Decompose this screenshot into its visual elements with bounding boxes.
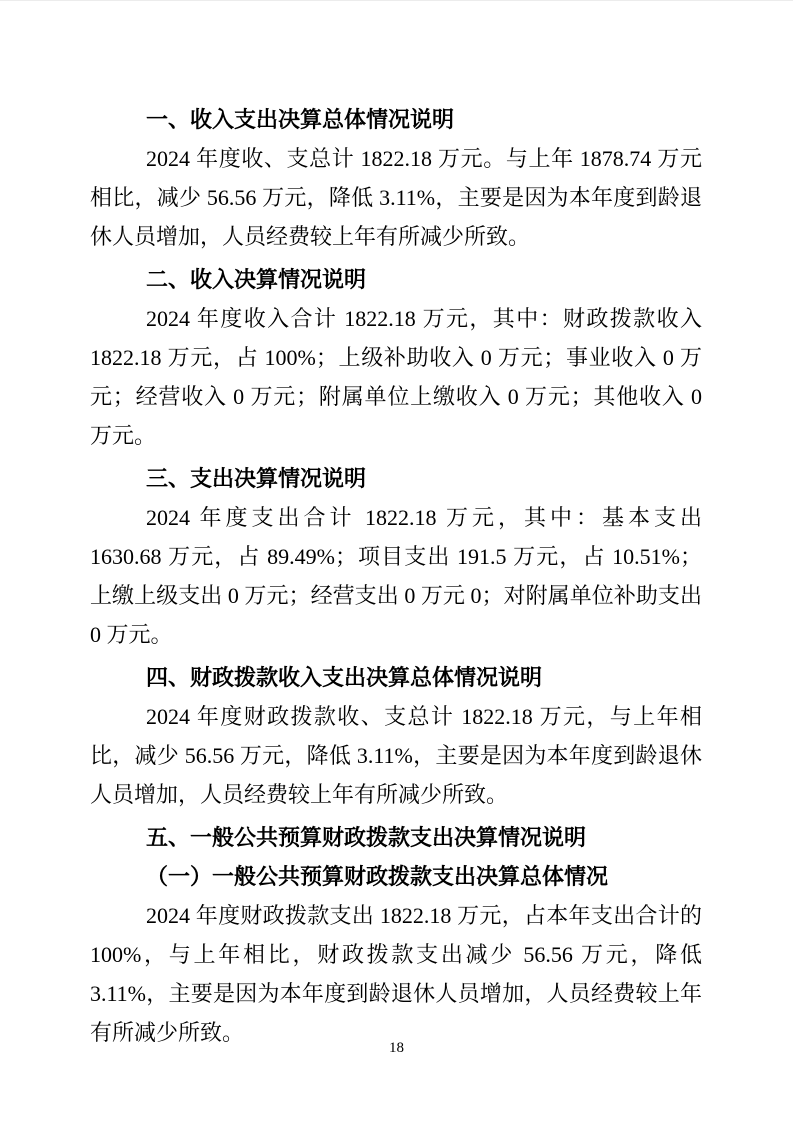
section-general-public-budget-expenditure: 五、一般公共预算财政拨款支出决算情况说明 （一）一般公共预算财政拨款支出决算总体… — [90, 818, 702, 1052]
section-5-subheading: （一）一般公共预算财政拨款支出决算总体情况 — [90, 857, 702, 896]
section-income-expenditure-overview: 一、收入支出决算总体情况说明 2024 年度收、支总计 1822.18 万元。与… — [90, 100, 702, 256]
section-expenditure-statement: 三、支出决算情况说明 2024 年度支出合计 1822.18 万元，其中：基本支… — [90, 459, 702, 654]
section-1-paragraph: 2024 年度收、支总计 1822.18 万元。与上年 1878.74 万元相比… — [90, 139, 702, 256]
section-2-heading: 二、收入决算情况说明 — [90, 260, 702, 299]
section-5-paragraph: 2024 年度财政拨款支出 1822.18 万元，占本年支出合计的 100%，与… — [90, 896, 702, 1052]
document-page: 一、收入支出决算总体情况说明 2024 年度收、支总计 1822.18 万元。与… — [0, 0, 793, 1122]
section-2-paragraph: 2024 年度收入合计 1822.18 万元，其中：财政拨款收入 1822.18… — [90, 299, 702, 455]
section-5-heading: 五、一般公共预算财政拨款支出决算情况说明 — [90, 818, 702, 857]
section-fiscal-appropriation-overview: 四、财政拨款收入支出决算总体情况说明 2024 年度财政拨款收、支总计 1822… — [90, 658, 702, 814]
page-number: 18 — [0, 1040, 793, 1057]
section-income-statement: 二、收入决算情况说明 2024 年度收入合计 1822.18 万元，其中：财政拨… — [90, 260, 702, 455]
section-3-heading: 三、支出决算情况说明 — [90, 459, 702, 498]
document-content: 一、收入支出决算总体情况说明 2024 年度收、支总计 1822.18 万元。与… — [90, 100, 702, 1052]
section-4-paragraph: 2024 年度财政拨款收、支总计 1822.18 万元，与上年相比，减少 56.… — [90, 697, 702, 814]
section-4-heading: 四、财政拨款收入支出决算总体情况说明 — [90, 658, 702, 697]
section-1-heading: 一、收入支出决算总体情况说明 — [90, 100, 702, 139]
section-3-paragraph: 2024 年度支出合计 1822.18 万元，其中：基本支出 1630.68 万… — [90, 498, 702, 654]
